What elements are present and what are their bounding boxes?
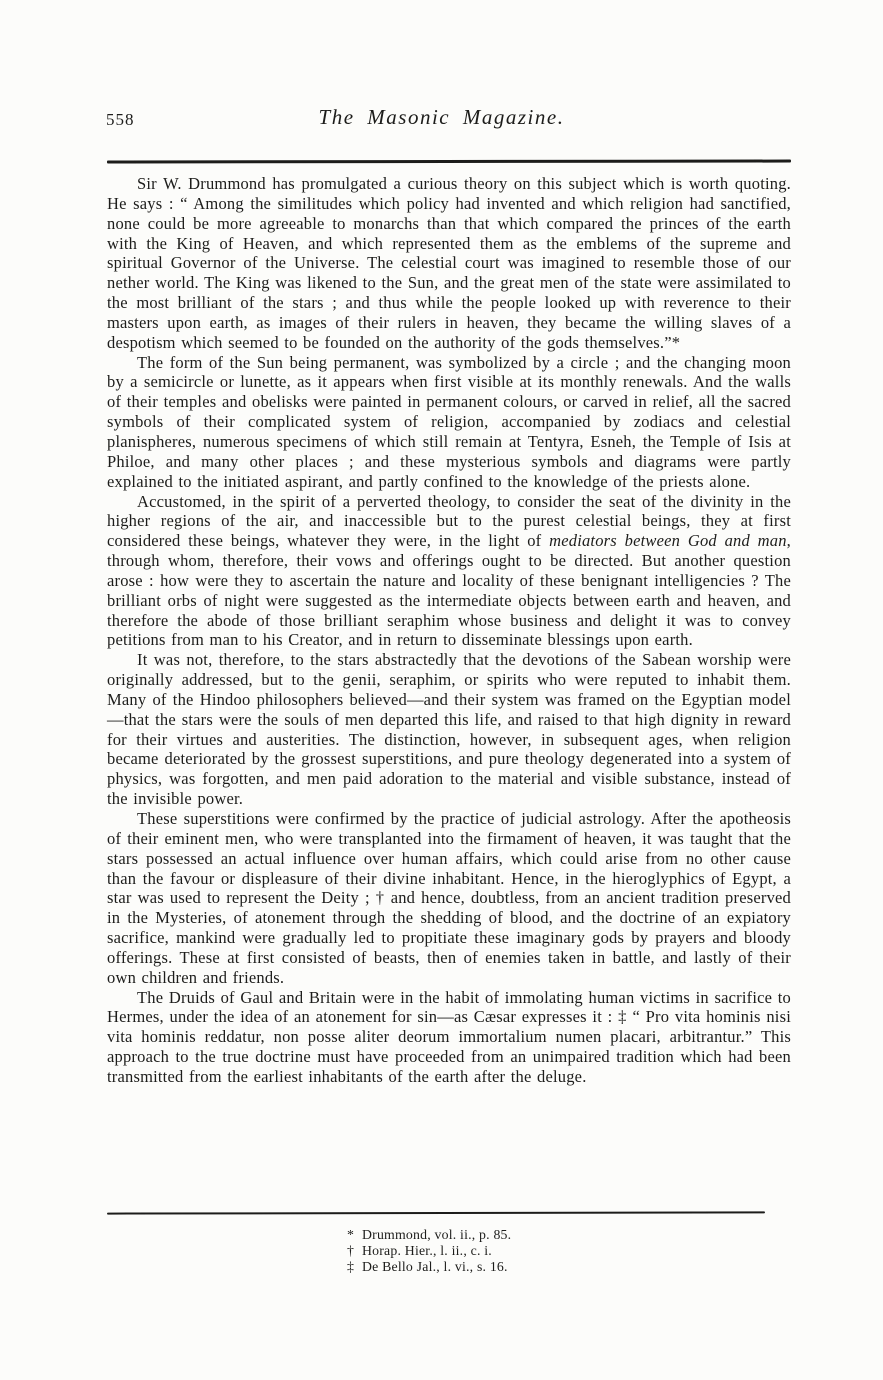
footnotes: *Drummond, vol. ii., p. 85.†Horap. Hier.… bbox=[347, 1227, 511, 1276]
footnote: *Drummond, vol. ii., p. 85. bbox=[347, 1227, 511, 1243]
footnote-symbol: * bbox=[347, 1227, 362, 1243]
header-rule bbox=[107, 160, 791, 164]
paragraph: It was not, therefore, to the stars abst… bbox=[107, 650, 791, 809]
paragraph: The form of the Sun being permanent, was… bbox=[107, 353, 791, 492]
paragraph: Sir W. Drummond has promulgated a curiou… bbox=[107, 174, 791, 353]
footnote-text: Drummond, vol. ii., p. 85. bbox=[362, 1227, 511, 1242]
article-body: Sir W. Drummond has promulgated a curiou… bbox=[107, 174, 791, 1087]
magazine-title: The Masonic Magazine. bbox=[0, 105, 883, 130]
footnote-symbol: † bbox=[347, 1243, 362, 1259]
footnote: †Horap. Hier., l. ii., c. i. bbox=[347, 1243, 511, 1259]
paragraph: The Druids of Gaul and Britain were in t… bbox=[107, 988, 791, 1087]
footnote-text: Horap. Hier., l. ii., c. i. bbox=[362, 1243, 492, 1258]
footnote-rule bbox=[107, 1211, 765, 1215]
paragraph: These superstitions were confirmed by th… bbox=[107, 809, 791, 988]
footnote-text: De Bello Jal., l. vi., s. 16. bbox=[362, 1259, 508, 1274]
paragraph: Accustomed, in the spirit of a perverted… bbox=[107, 492, 791, 651]
footnote: ‡De Bello Jal., l. vi., s. 16. bbox=[347, 1259, 511, 1275]
magazine-page: 558 The Masonic Magazine. Sir W. Drummon… bbox=[0, 0, 883, 1380]
footnote-symbol: ‡ bbox=[347, 1259, 362, 1275]
